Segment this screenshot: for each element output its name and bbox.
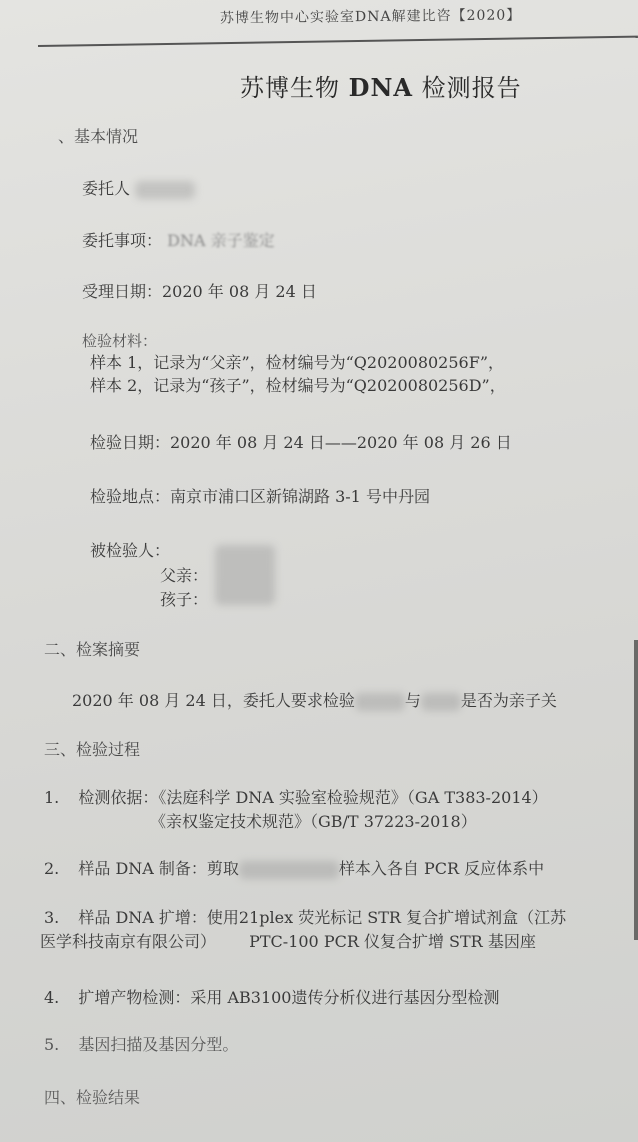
redacted-name-1 bbox=[355, 693, 405, 711]
item-text: 样品 DNA 制备：剪取 bbox=[78, 859, 239, 878]
header-rule bbox=[38, 36, 638, 47]
sample-2: 样本 2，记录为“孩子”，检材编号为“Q2020080256D”， bbox=[90, 373, 506, 396]
redacted-client bbox=[135, 181, 195, 199]
item-text: 基因扫描及基因分型。 bbox=[78, 1035, 238, 1054]
title-prefix: 苏博生物 bbox=[240, 74, 349, 102]
item-cont-a: 医学科技南京有限公司） bbox=[40, 932, 216, 951]
title-bold: DNA bbox=[349, 73, 413, 102]
process-item-5: 5. 基因扫描及基因分型。 bbox=[44, 1032, 238, 1055]
case-summary: 2020 年 08 月 24 日，委托人要求检验与是否为亲子关 bbox=[72, 688, 557, 711]
test-location: 检验地点：南京市浦口区新锦湖路 3-1 号中丹园 bbox=[90, 484, 430, 507]
summary-part-c: 是否为亲子关 bbox=[461, 691, 557, 710]
test-date: 检验日期：2020 年 08 月 24 日——2020 年 08 月 26 日 bbox=[90, 430, 512, 453]
page-title: 苏博生物 DNA 检测报告 bbox=[240, 68, 522, 103]
redacted-name-2 bbox=[421, 693, 461, 711]
process-item-1-cont: 《亲权鉴定技术规范》（GB/T 37223-2018） bbox=[150, 809, 477, 832]
father-label: 父亲： bbox=[160, 566, 208, 585]
child-row: 孩子： bbox=[160, 587, 208, 610]
matter-value: DNA 亲子鉴定 bbox=[167, 231, 274, 250]
redacted-sample bbox=[239, 861, 339, 879]
document-page: 苏博生物中心实验室DNA解建比咨【2020】 苏博生物 DNA 检测报告 、基本… bbox=[0, 0, 638, 1142]
examinees-label: 被检验人： bbox=[90, 538, 170, 561]
item-text: 扩增产物检测：采用 AB3100遗传分析仪进行基因分型检测 bbox=[78, 988, 499, 1007]
accept-date: 受理日期：2020 年 08 月 24 日 bbox=[82, 279, 317, 302]
running-header: 苏博生物中心实验室DNA解建比咨【2020】 bbox=[220, 4, 521, 27]
sample-1: 样本 1，记录为“父亲”，检材编号为“Q2020080256F”， bbox=[90, 350, 504, 373]
paper-edge-shadow bbox=[634, 640, 638, 940]
client-label: 委托人 bbox=[82, 176, 195, 199]
item-number: 2. bbox=[44, 859, 59, 878]
item-number: 4. bbox=[44, 988, 59, 1007]
process-item-4: 4. 扩增产物检测：采用 AB3100遗传分析仪进行基因分型检测 bbox=[44, 985, 499, 1008]
process-item-3-cont: 医学科技南京有限公司） PTC-100 PCR 仪复合扩增 STR 基因座 bbox=[40, 929, 536, 952]
title-suffix: 检测报告 bbox=[413, 74, 522, 102]
item-text: 检测依据：《法庭科学 DNA 实验室检验规范》（GA T383-2014） bbox=[78, 788, 547, 807]
summary-part-a: 2020 年 08 月 24 日，委托人要求检验 bbox=[72, 691, 355, 710]
item-number: 5. bbox=[44, 1035, 59, 1054]
father-row: 父亲： bbox=[160, 563, 208, 586]
item-text: 样品 DNA 扩增：使用21plex 荧光标记 STR 复合扩增试剂盒（江苏 bbox=[78, 908, 566, 927]
process-item-1: 1. 检测依据：《法庭科学 DNA 实验室检验规范》（GA T383-2014） bbox=[44, 785, 548, 808]
process-item-2: 2. 样品 DNA 制备：剪取样本入各自 PCR 反应体系中 bbox=[44, 856, 544, 879]
section-heading-basic: 、基本情况 bbox=[58, 124, 138, 147]
item-number: 1. bbox=[44, 788, 59, 807]
materials-label: 检验材料： bbox=[82, 330, 157, 351]
summary-part-b: 与 bbox=[405, 691, 421, 710]
matter-row: 委托事项： DNA 亲子鉴定 bbox=[82, 228, 275, 251]
redacted-examinees bbox=[215, 545, 275, 605]
client-label-text: 委托人 bbox=[82, 179, 130, 198]
item-cont-b: PTC-100 PCR 仪复合扩增 STR 基因座 bbox=[249, 932, 536, 951]
section-heading-results: 四、检验结果 bbox=[44, 1085, 140, 1108]
matter-label: 委托事项： bbox=[82, 231, 162, 250]
child-label: 孩子： bbox=[160, 590, 208, 609]
item-text-b: 样本入各自 PCR 反应体系中 bbox=[339, 859, 544, 878]
section-heading-summary: 二、检案摘要 bbox=[44, 637, 140, 660]
item-number: 3. bbox=[44, 908, 59, 927]
section-heading-process: 三、检验过程 bbox=[44, 737, 140, 760]
process-item-3: 3. 样品 DNA 扩增：使用21plex 荧光标记 STR 复合扩增试剂盒（江… bbox=[44, 905, 566, 928]
